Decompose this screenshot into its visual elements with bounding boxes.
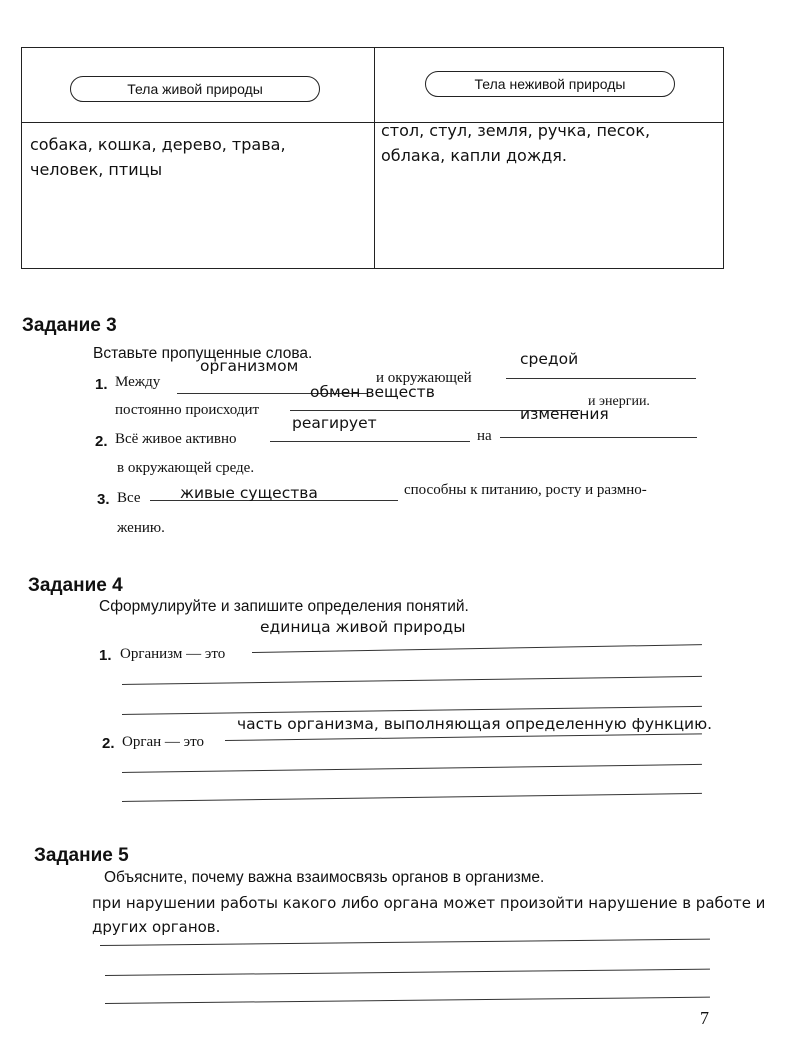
answer-line	[122, 706, 702, 715]
task3-answer-organism[interactable]: организмом	[200, 357, 298, 375]
task3-answer-living-beings[interactable]: живые существа	[180, 484, 318, 502]
task3-item2-number: 2.	[95, 433, 108, 450]
answer-line	[100, 939, 710, 946]
task3-answer-metabolism[interactable]: обмен веществ	[310, 383, 435, 401]
task4-answer-organ[interactable]: часть организма, выполняющая определенну…	[237, 715, 712, 733]
task3-item3-line2: жению.	[117, 520, 165, 537]
task3-answer-environment[interactable]: средой	[520, 350, 578, 368]
task4-item2-label: Орган — это	[122, 734, 204, 751]
task3-item3-number: 3.	[97, 491, 110, 508]
answer-line	[122, 793, 702, 802]
task3-item3-prefix: Все	[117, 490, 141, 507]
task4-item1-label: Организм — это	[120, 646, 225, 663]
answer-line	[105, 969, 710, 976]
task4-answer-organism[interactable]: единица живой природы	[260, 618, 466, 636]
answer-line	[506, 378, 696, 379]
task4-item1-number: 1.	[99, 647, 112, 664]
task3-title: Задание 3	[22, 315, 117, 337]
task3-answer-reacts[interactable]: реагирует	[292, 414, 377, 432]
answer-line	[500, 437, 697, 438]
page-number: 7	[700, 1008, 709, 1029]
table-column-divider	[374, 48, 375, 268]
answer-line	[122, 764, 702, 773]
task5-answer-line1[interactable]: при нарушении работы какого либо органа …	[92, 894, 765, 912]
answer-line	[270, 441, 470, 442]
answer-line	[225, 733, 702, 741]
task3-item2-line2: в окружающей среде.	[117, 460, 254, 477]
task4-item2-number: 2.	[102, 735, 115, 752]
task5-answer-line2[interactable]: других органов.	[92, 918, 220, 936]
task3-item1-number: 1.	[95, 376, 108, 393]
answer-line	[252, 644, 702, 653]
task5-title: Задание 5	[34, 845, 129, 867]
task3-item2-middle: на	[477, 428, 492, 445]
cell-nonliving-bodies: стол, стул, земля, ручка, песок, облака,…	[381, 118, 681, 168]
answer-line	[122, 676, 702, 685]
cell-living-bodies: собака, кошка, дерево, трава, человек, п…	[30, 132, 360, 182]
task3-item2-prefix: Всё живое активно	[115, 431, 236, 448]
task3-item1-line2-prefix: постоянно происходит	[115, 402, 259, 419]
answer-line	[105, 997, 710, 1004]
classification-table: Тела живой природы Тела неживой природы …	[21, 47, 724, 269]
task3-answer-changes[interactable]: изменения	[520, 405, 609, 423]
header-living-bodies: Тела живой природы	[70, 76, 320, 102]
task4-title: Задание 4	[28, 575, 123, 597]
header-nonliving-bodies: Тела неживой природы	[425, 71, 675, 97]
task3-item1-prefix: Между	[115, 374, 160, 391]
task4-instruction: Сформулируйте и запишите определения пон…	[99, 598, 469, 616]
task5-instruction: Объясните, почему важна взаимосвязь орга…	[104, 869, 544, 887]
task3-item3-suffix: способны к питанию, росту и размно-	[404, 482, 647, 499]
